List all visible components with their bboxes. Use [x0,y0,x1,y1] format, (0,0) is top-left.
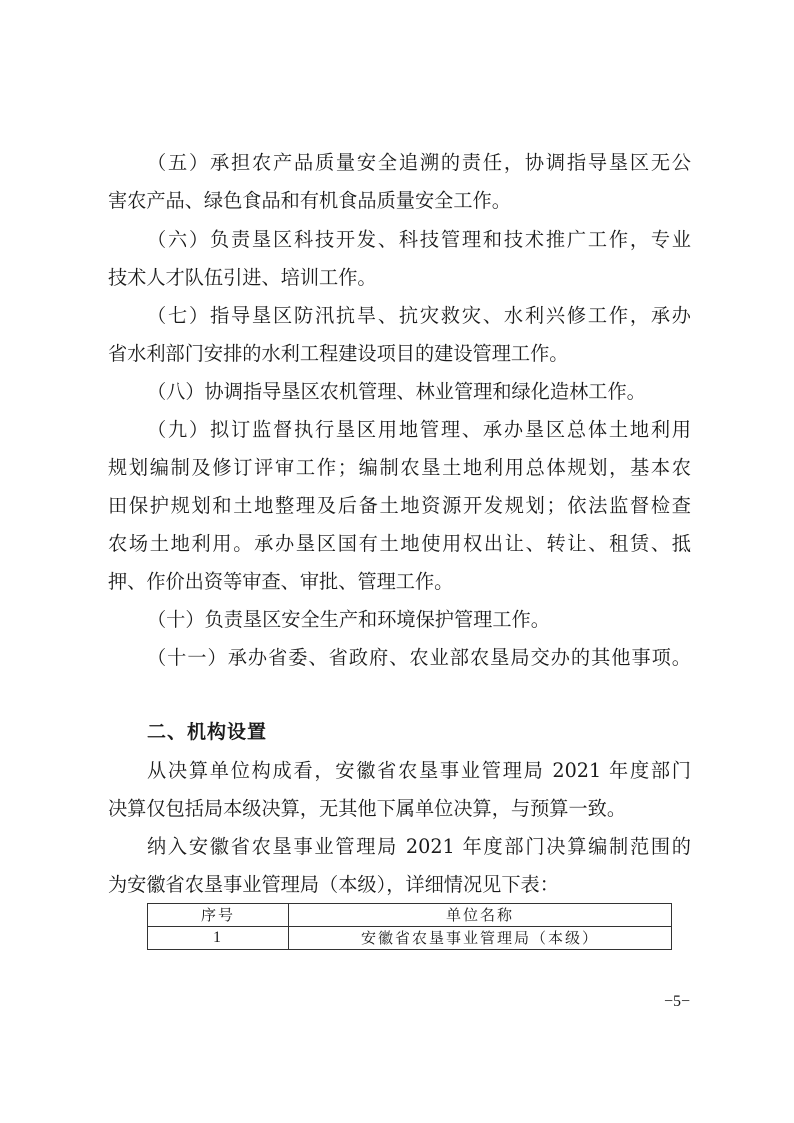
paragraph-line: 省水利部门安排的水利工程建设项目的建设管理工作。 [108,342,569,366]
table-header-row: 序号 单位名称 [148,904,672,927]
paragraph-line: 农场土地利用。承办垦区国有土地使用权出让、转让、租赁、抵 [108,532,691,556]
section-heading: 二、机构设置 [147,720,267,744]
document-page: （五）承担农产品质量安全追溯的责任，协调指导垦区无公 害农产品、绿色食品和有机食… [0,0,794,1123]
paragraph-line: （六）负责垦区科技开发、科技管理和技术推广工作，专业 [147,228,691,252]
paragraph-line: 技术人才队伍引进、培训工作。 [108,266,377,290]
paragraph-line: 田保护规划和土地整理及后备土地资源开发规划；依法监督检查 [108,494,691,518]
paragraph-line: 纳入安徽省农垦事业管理局 2021 年度部门决算编制范围的 [147,835,691,859]
cell-index: 1 [148,927,289,950]
paragraph-line: 决算仅包括局本级决算，无其他下属单位决算，与预算一致。 [108,797,626,821]
column-header-unit-name: 单位名称 [289,904,672,927]
units-table: 序号 单位名称 1 安徽省农垦事业管理局（本级） [147,903,672,950]
column-header-index: 序号 [148,904,289,927]
paragraph-line: （九）拟订监督执行垦区用地管理、承办垦区总体土地利用 [147,418,691,442]
page-number: −5− [664,993,690,1011]
paragraph-line: 押、作价出资等审查、审批、管理工作。 [108,570,453,594]
table-row: 1 安徽省农垦事业管理局（本级） [148,927,672,950]
paragraph-line: 为安徽省农垦事业管理局（本级），详细情况见下表： [108,873,559,897]
paragraph-line: （七）指导垦区防汛抗旱、抗灾救灾、水利兴修工作，承办 [147,304,691,328]
paragraph-line: （十）负责垦区安全生产和环境保护管理工作。 [147,608,550,632]
paragraph-line: （八）协调指导垦区农机管理、林业管理和绿化造林工作。 [147,380,646,404]
paragraph-line: （五）承担农产品质量安全追溯的责任，协调指导垦区无公 [147,151,691,175]
paragraph-line: （十一）承办省委、省政府、农业部农垦局交办的其他事项。 [147,646,691,670]
paragraph-line: 害农产品、绿色食品和有机食品质量安全工作。 [108,189,511,213]
cell-unit-name: 安徽省农垦事业管理局（本级） [289,927,672,950]
paragraph-line: 规划编制及修订评审工作；编制农垦土地利用总体规划，基本农 [108,456,691,480]
paragraph-line: 从决算单位构成看，安徽省农垦事业管理局 2021 年度部门 [147,759,691,783]
